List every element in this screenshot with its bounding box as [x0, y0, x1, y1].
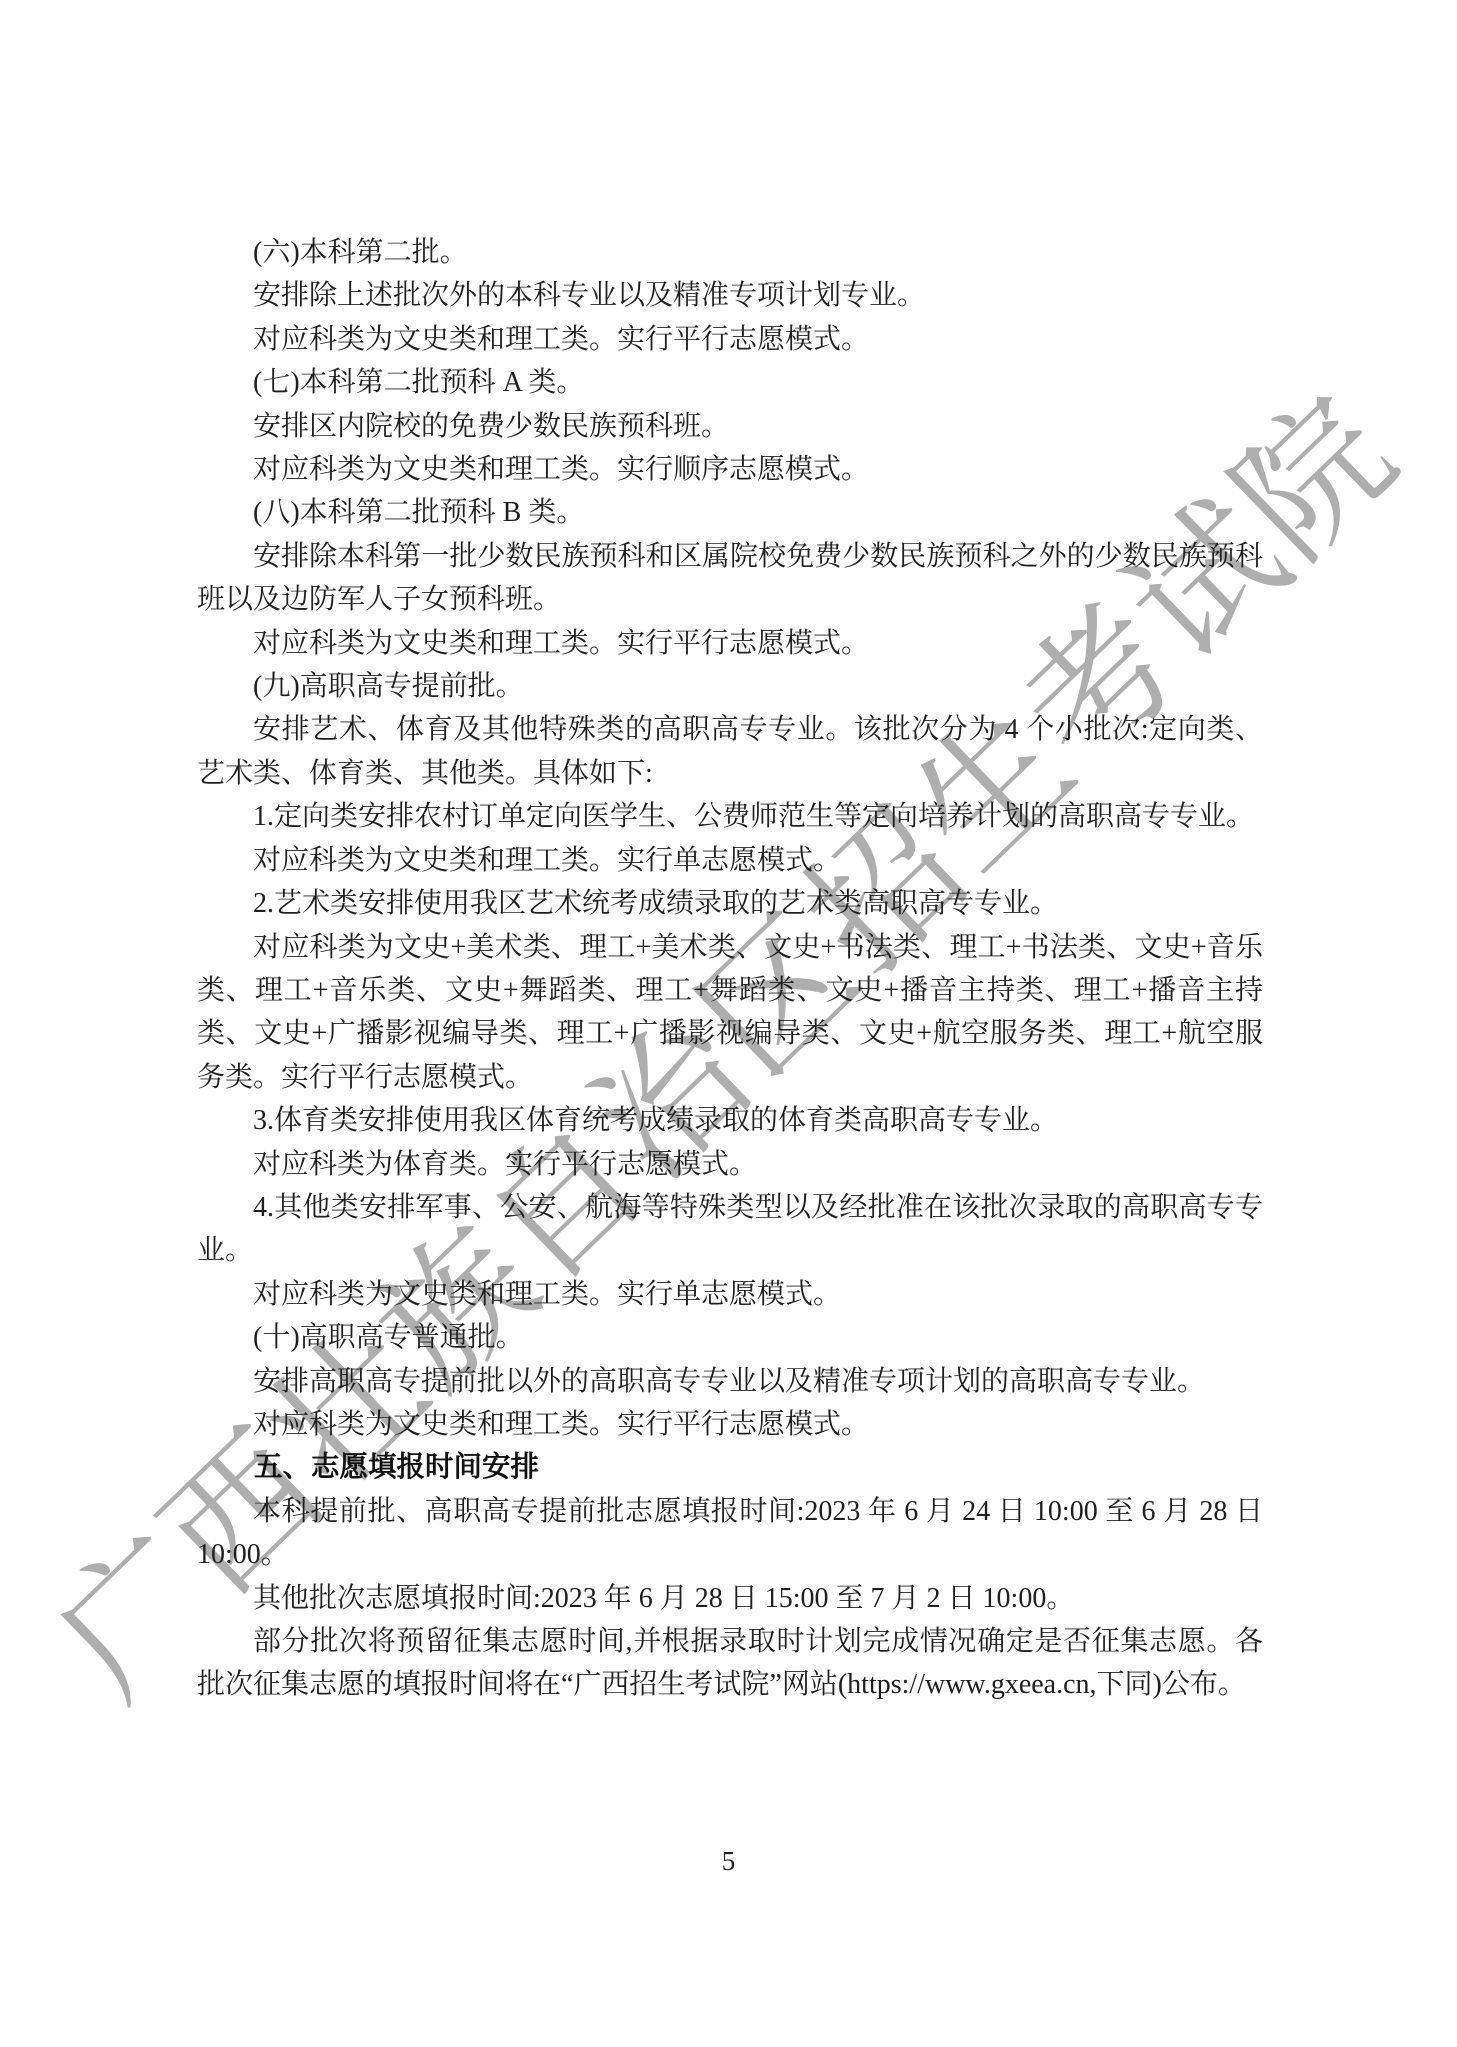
paragraph-batch-8-mode: 对应科类为文史类和理工类。实行平行志愿模式。	[197, 622, 1263, 665]
paragraph-batch-7-mode: 对应科类为文史类和理工类。实行顺序志愿模式。	[197, 448, 1263, 491]
paragraph-subtype-4: 4.其他类安排军事、公安、航海等特殊类型以及经批准在该批次录取的高职高专专业。	[197, 1186, 1263, 1273]
paragraph-batch-8-title: (八)本科第二批预科 B 类。	[197, 491, 1263, 534]
paragraph-batch-7-scope: 安排区内院校的免费少数民族预科班。	[197, 405, 1263, 448]
paragraph-batch-10-title: (十)高职高专普通批。	[197, 1316, 1263, 1359]
section-heading-volunteer-time: 五、志愿填报时间安排	[197, 1446, 1263, 1489]
paragraph-batch-10-mode: 对应科类为文史类和理工类。实行平行志愿模式。	[197, 1403, 1263, 1446]
paragraph-other-batch-time: 其他批次志愿填报时间:2023 年 6 月 28 日 15:00 至 7 月 2…	[197, 1577, 1263, 1620]
paragraph-subtype-3: 3.体育类安排使用我区体育统考成绩录取的体育类高职高专专业。	[197, 1099, 1263, 1142]
paragraph-batch-9-title: (九)高职高专提前批。	[197, 665, 1263, 708]
paragraph-batch-8-scope: 安排除本科第一批少数民族预科和区属院校免费少数民族预科之外的少数民族预科班以及边…	[197, 535, 1263, 622]
paragraph-subtype-1-mode: 对应科类为文史类和理工类。实行单志愿模式。	[197, 839, 1263, 882]
page-number: 5	[0, 1846, 1457, 1877]
paragraph-subtype-2-categories: 对应科类为文史+美术类、理工+美术类、文史+书法类、理工+书法类、文史+音乐类、…	[197, 926, 1263, 1100]
paragraph-subtype-1: 1.定向类安排农村订单定向医学生、公费师范生等定向培养计划的高职高专专业。	[197, 795, 1263, 838]
paragraph-batch-6-title: (六)本科第二批。	[197, 231, 1263, 274]
paragraph-batch-6-scope: 安排除上述批次外的本科专业以及精准专项计划专业。	[197, 274, 1263, 317]
document-page: 广西壮族自治区招生考试院 (六)本科第二批。 安排除上述批次外的本科专业以及精准…	[0, 0, 1457, 2047]
paragraph-batch-10-scope: 安排高职高专提前批以外的高职高专专业以及精准专项计划的高职高专专业。	[197, 1360, 1263, 1403]
paragraph-subtype-4-mode: 对应科类为文史类和理工类。实行单志愿模式。	[197, 1273, 1263, 1316]
paragraph-batch-9-scope: 安排艺术、体育及其他特殊类的高职高专专业。该批次分为 4 个小批次:定向类、艺术…	[197, 708, 1263, 795]
paragraph-early-batch-time: 本科提前批、高职高专提前批志愿填报时间:2023 年 6 月 24 日 10:0…	[197, 1490, 1263, 1577]
paragraph-batch-7-title: (七)本科第二批预科 A 类。	[197, 361, 1263, 404]
paragraph-batch-6-mode: 对应科类为文史类和理工类。实行平行志愿模式。	[197, 318, 1263, 361]
document-body: (六)本科第二批。 安排除上述批次外的本科专业以及精准专项计划专业。 对应科类为…	[197, 231, 1263, 1707]
paragraph-collect-volunteer: 部分批次将预留征集志愿时间,并根据录取时计划完成情况确定是否征集志愿。各批次征集…	[197, 1620, 1263, 1707]
paragraph-subtype-3-mode: 对应科类为体育类。实行平行志愿模式。	[197, 1143, 1263, 1186]
paragraph-subtype-2: 2.艺术类安排使用我区艺术统考成绩录取的艺术类高职高专专业。	[197, 882, 1263, 925]
